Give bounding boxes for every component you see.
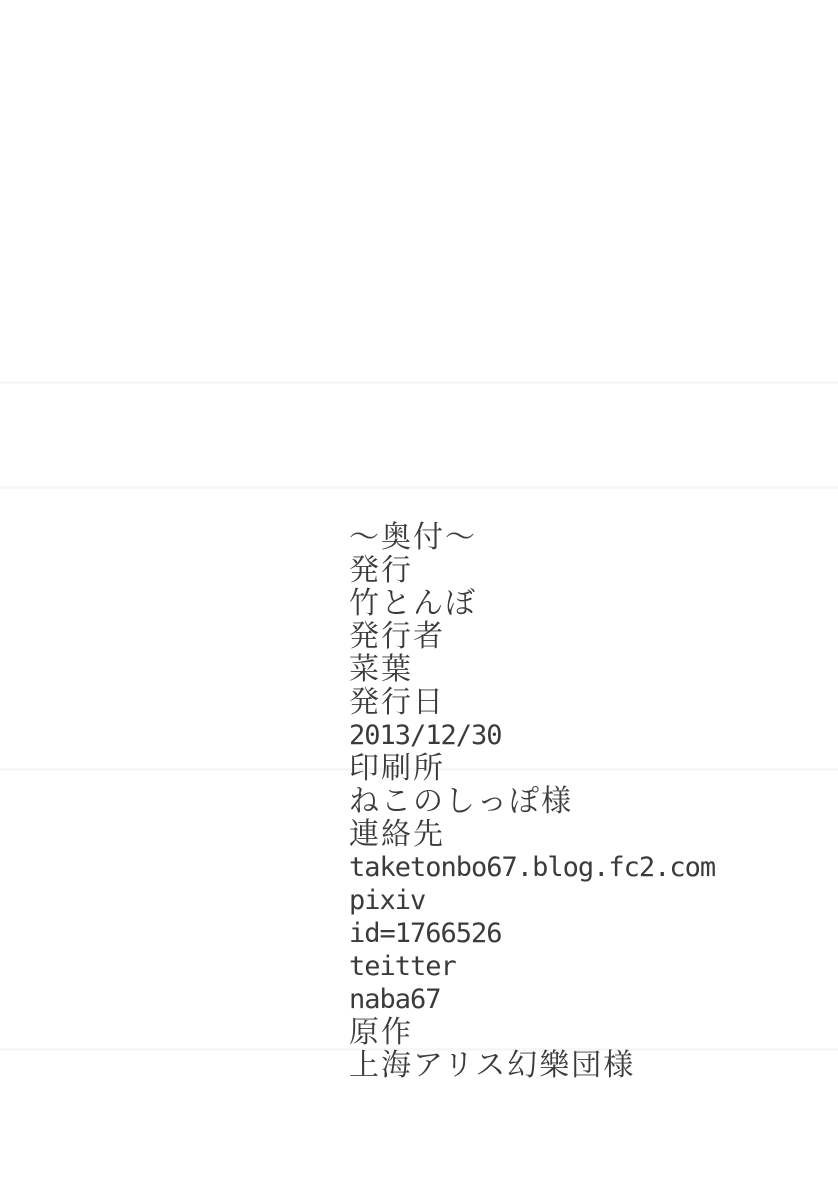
- colophon-line-label-contact: 連絡先: [349, 818, 715, 851]
- colophon-line-circle-name: 竹とんぼ: [349, 587, 715, 620]
- colophon-line-publisher-name: 菜葉: [349, 653, 715, 686]
- colophon-line-title: ～奥付～: [349, 521, 715, 554]
- colophon-line-printer-name: ねこのしっぽ様: [349, 785, 715, 818]
- colophon-line-pixiv-id: id=1766526: [349, 917, 715, 950]
- colophon-line-label-twitter: teitter: [349, 950, 715, 983]
- colophon-line-publication-date: 2013/12/30: [349, 719, 715, 752]
- colophon-line-label-publication-date: 発行日: [349, 686, 715, 719]
- colophon-line-blog-url: taketonbo67.blog.fc2.com: [349, 851, 715, 884]
- colophon-line-twitter-handle: naba67: [349, 983, 715, 1016]
- scanned-page: ～奥付～発行竹とんぼ発行者菜葉発行日2013/12/30印刷所ねこのしっぽ様連絡…: [0, 0, 838, 1200]
- colophon-line-label-pixiv: pixiv: [349, 884, 715, 917]
- colophon-block: ～奥付～発行竹とんぼ発行者菜葉発行日2013/12/30印刷所ねこのしっぽ様連絡…: [349, 521, 715, 1082]
- colophon-line-original-work-credit: 上海アリス幻樂団様: [349, 1049, 715, 1082]
- colophon-line-label-publication: 発行: [349, 554, 715, 587]
- scan-artifact-line: [0, 486, 838, 489]
- scan-artifact-line: [0, 381, 838, 384]
- colophon-line-label-publisher: 発行者: [349, 620, 715, 653]
- colophon-line-label-printer: 印刷所: [349, 752, 715, 785]
- colophon-line-label-original-work: 原作: [349, 1016, 715, 1049]
